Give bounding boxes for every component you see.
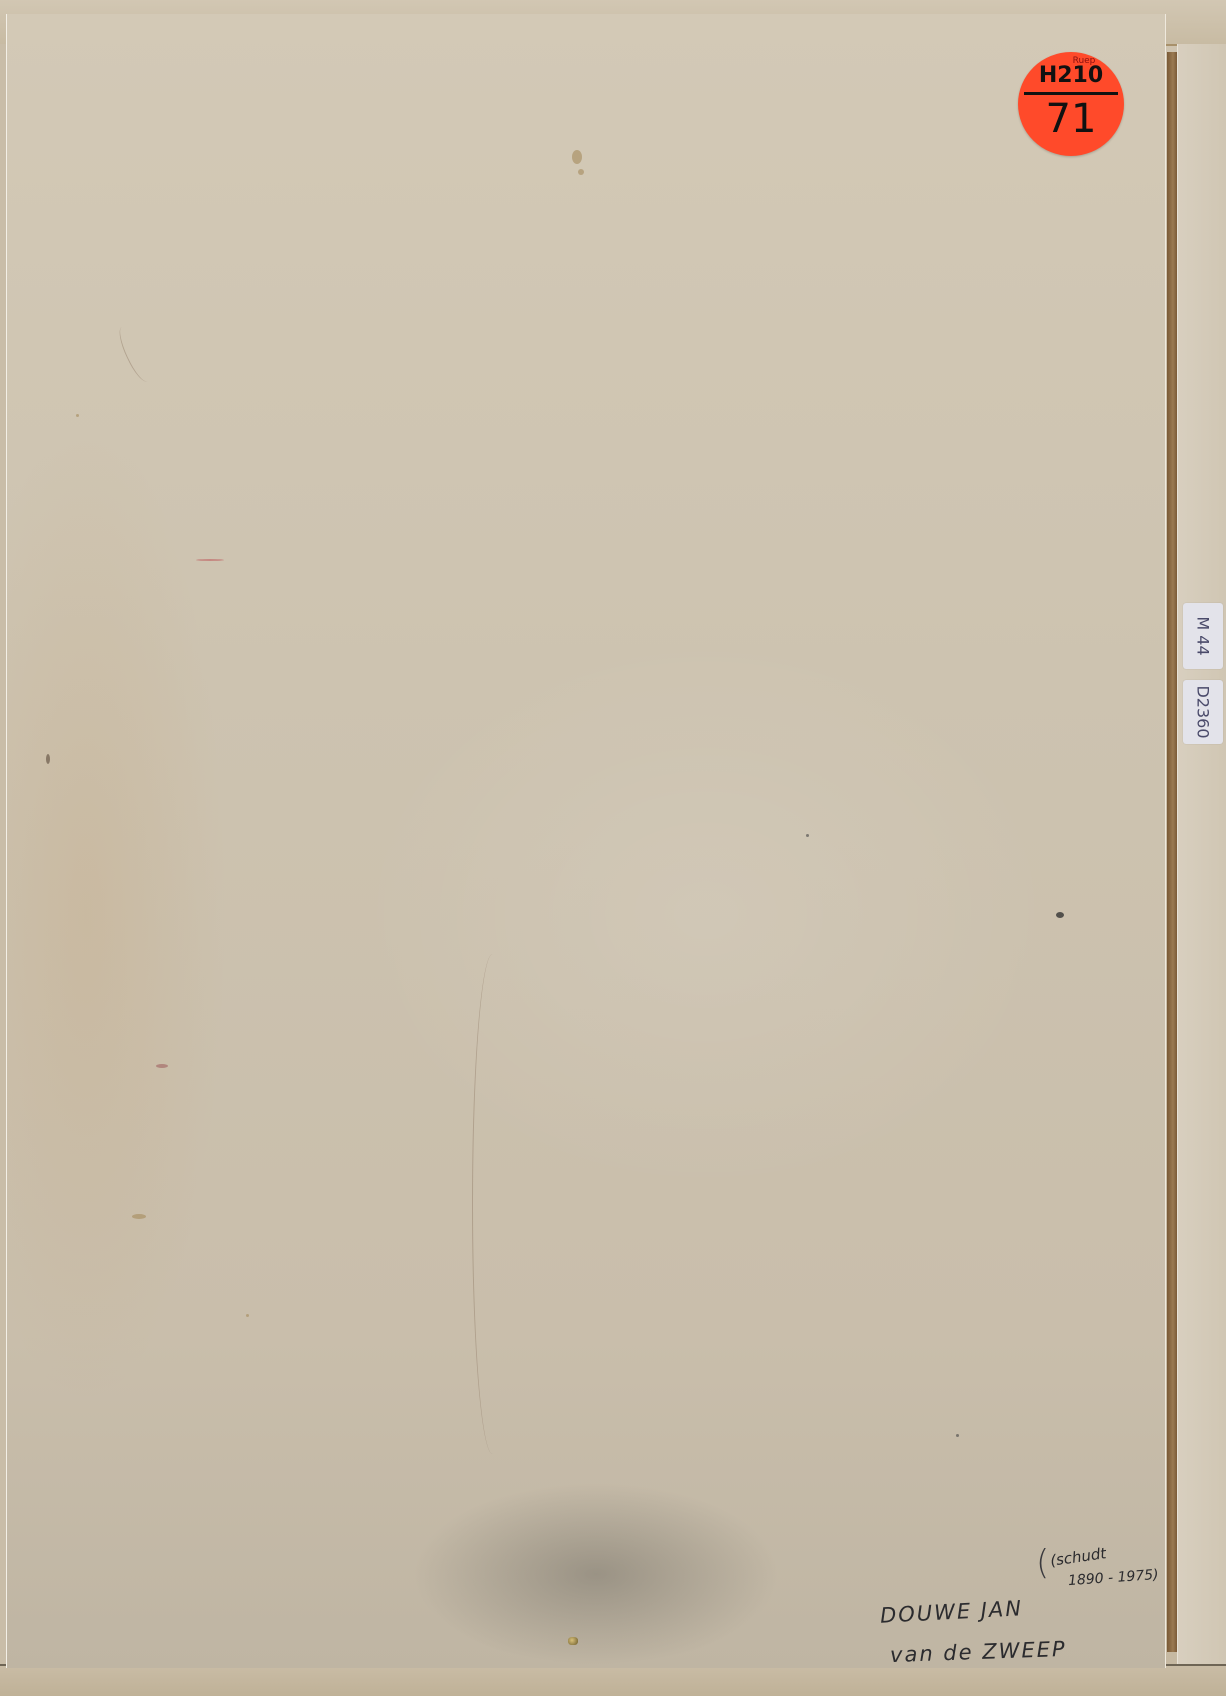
foxing-spot: [806, 834, 809, 837]
foxing-spot: [46, 754, 50, 764]
frame-bottom-edge: [0, 1664, 1226, 1696]
sticker-divider: [1024, 92, 1118, 95]
side-label-text: M 44: [1194, 616, 1213, 655]
mounting-pin: [568, 1637, 578, 1645]
side-label-m44: M 44: [1183, 603, 1223, 669]
foxing-spot: [956, 1434, 959, 1437]
inscription-paren: (: [1036, 1543, 1049, 1583]
inventory-sticker: Ruep H210 71: [1018, 52, 1124, 156]
foxing-spot: [76, 414, 79, 417]
pencil-line: [472, 954, 513, 1454]
foxing-spot: [572, 150, 582, 164]
sticker-number: 71: [1018, 96, 1124, 142]
pencil-line: [114, 323, 155, 385]
red-mark: [196, 559, 224, 561]
artwork-paper-back: [6, 14, 1166, 1668]
sticker-lot-code: H210: [1018, 63, 1124, 88]
side-label-text: D2360: [1194, 685, 1213, 738]
foxing-spot: [578, 169, 584, 175]
foxing-spot: [246, 1314, 249, 1317]
side-label-d2360: D2360: [1183, 680, 1223, 744]
foxing-spot: [1056, 912, 1064, 918]
foxing-spot: [156, 1064, 168, 1068]
frame-right-edge: [1177, 44, 1226, 1696]
foxing-spot: [132, 1214, 146, 1219]
